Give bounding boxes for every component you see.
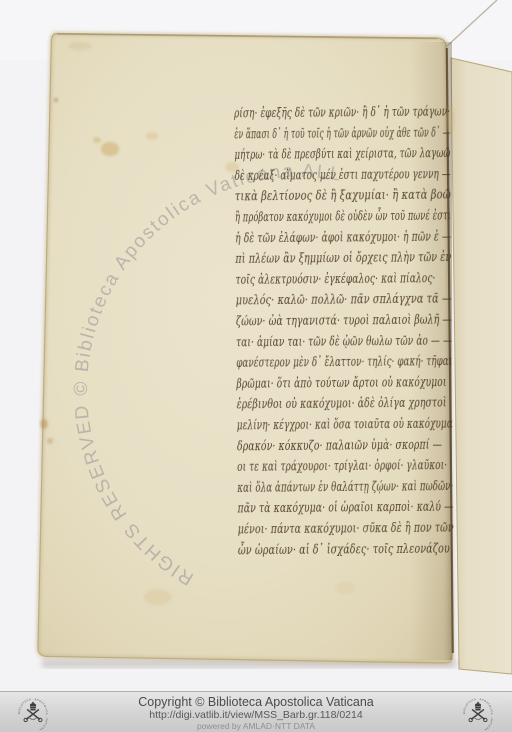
manuscript-line: πὶ πλέων ἂν ξημμίων οἱ ὄρχεις πλὴν τῶν ἐ… [235,249,452,267]
manuscript-line: ἡ δὲ τῶν ἐλάφων· ἀφοὶ κακόχυμοι· ἡ πῶν ἐ… [235,229,451,246]
manuscript-line: ζώων· ὡὰ τηγανιστά· τυροὶ παλαιοὶ βωλῆ — [236,313,452,330]
manuscript-line: ται· ἀμίαν ται· τῶν δὲ ᾠῶν θωλω τῶν ἀο —… [236,333,452,350]
manuscript-line: ἢ πρόβατον κακόχυμοι δὲ οὐδὲν ὧν τοῦ πων… [235,207,451,226]
manuscript-line: ὧν ὡραίων· αἱ δ᾽ ἰσχάδες· τοῖς πλεονάζου [238,539,450,558]
manuscript-line: ἐν ἅπασι δ᾽ ἡ τοῦ τοῖς ἡ τῶν ἀρνῶν οὐχ ἁ… [234,125,450,142]
papal-tiara-and-keys-icon [469,702,487,722]
underlying-page-edge [451,58,512,674]
papal-tiara-and-keys-icon [24,702,42,722]
manuscript-line: καὶ ὅλα ἁπάντων ἐν θαλάττῃ ζῴων· καὶ πωδ… [237,479,454,496]
manuscript-scan-image: RIGHTS RESERVED © Biblioteca Apostolica … [0,0,512,692]
vatican-library-seal-right: BIBLIOTECA · APOSTOLICA · VATICANA · [461,696,495,730]
vatican-library-seal-left: BIBLIOTECA · APOSTOLICA · VATICANA · [16,696,50,730]
manuscript-line: πᾶν τὰ κακόχυμα· οἱ ὡραῖοι καρποὶ· καλύ … [237,499,454,517]
manuscript-line: φανέστερον μὲν δ᾽ ἔλαττον· τηλίς· φακή· … [236,354,452,371]
manuscript-line: μελίνη· κέγχροι· καὶ ὅσα τοιαῦτα οὐ κακό… [237,417,453,434]
digitized-manuscript-viewer: { "scan": { "description": "handwritten … [0,0,512,732]
manuscript-line: βρῶμαι· ὅτι ἀπὸ τούτων ἄρτοι οὐ κακόχυμο… [236,375,447,392]
manuscript-line: μυελός· καλῶ· πολλῶ· πᾶν σπλάγχνα τᾶ — [236,292,452,309]
manuscript-line: τικὰ βελτίονος δὲ ἢ ξαχυμίαι· ἢ κατὰ βοῶ [235,188,451,205]
manuscript-line: οι τε καὶ τράχουροι· τρίγλαι· ὀρφοί· γλα… [237,458,447,475]
powered-by-text: powered by AMLAD·NTT DATA [0,721,512,732]
attribution-footer-bar: Copyright © Biblioteca Apostolica Vatica… [0,691,512,732]
manuscript-line: δὲ κρέαξ· αἵματος μέν ἐστι παχυτέρου γεν… [235,166,451,184]
manuscript-line: δρακόν· κόκκυζο· παλαιῶν ὑμὰ· σκορπί — [237,437,442,454]
copyright-text: Copyright © Biblioteca Apostolica Vatica… [0,696,512,709]
source-url-text: http://digi.vatlib.it/view/MSS_Barb.gr.1… [0,709,512,721]
manuscript-line: τοῖς ἀλεκτρυόσιν· ἐγκέφαλος· καὶ πίαλος· [235,271,435,288]
manuscript-line: ρίση· ἐφεξῆς δὲ τῶν κριῶν· ἢ δ᾽ ἡ τῶν τρ… [233,105,450,122]
manuscript-line: μένοι· πάντα κακόχυμοι· σῦκα δὲ ἢ πον τῶ… [238,521,454,538]
manuscript-line: μήτρω· τὰ δὲ πρεσβύτι καὶ χείριστα, τῶν … [234,146,450,163]
manuscript-line: ἐρέβινθοι οὐ κακόχυμοι· ἀδὲ ὀλίγα χρηστο… [237,396,447,413]
